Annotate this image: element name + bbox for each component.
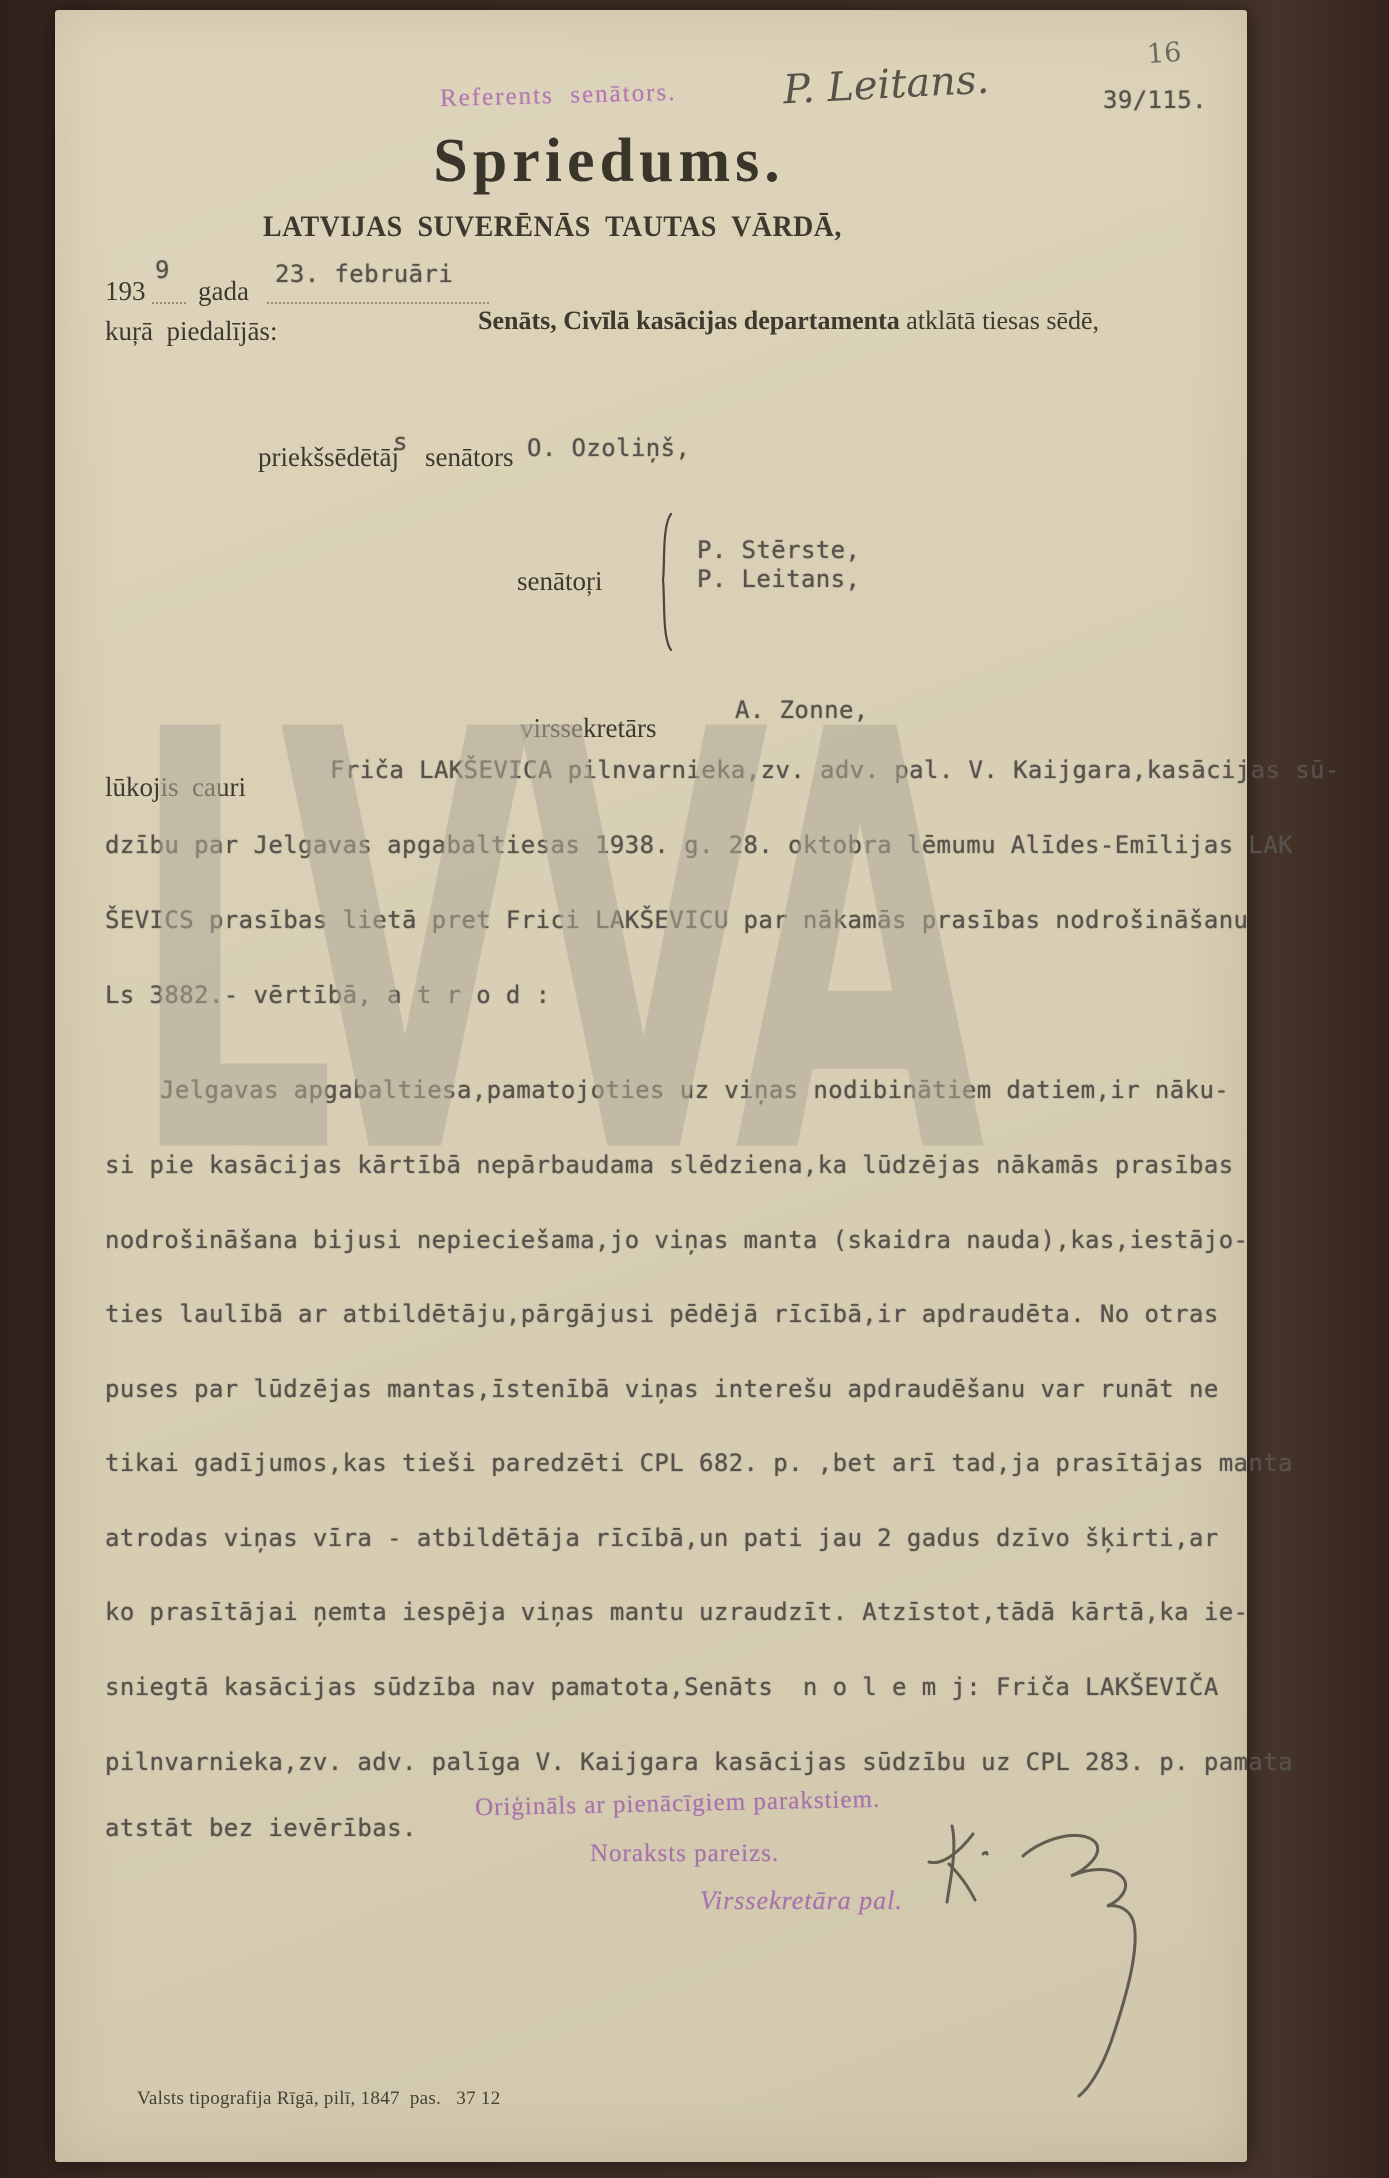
senator-name-2: P. Leitans, [697,565,860,593]
date-typed: 23. februāri [275,260,453,288]
year-typed: 9 [155,256,170,284]
participants-label: kuŗā piedalījās: [105,316,277,347]
printer-imprint: Valsts tipografija Rīgā, pilī, 1847 pas.… [137,2088,501,2110]
typed-line: ties laulībā ar atbildētāju,pārgājusi pē… [105,1300,1219,1328]
typed-line: nodrošināšana bijusi nepieciešama,jo viņ… [105,1226,1248,1254]
typed-line: si pie kasācijas kārtībā nepārbaudama sl… [105,1151,1234,1179]
secretary-signature [913,1810,1213,2110]
chairman-name: O. Ozoliņš, [527,434,690,462]
chairman-suffix-typed: s [393,428,408,456]
secretary-assistant-stamp: Virssekretāra pal. [700,1886,903,1916]
secretary-name: A. Zonne, [735,696,869,724]
court-session: atklātā tiesas sēdē, [900,306,1099,335]
secretary-label: virssekretārs [520,713,656,744]
typed-line: Ls 3882.- vērtībā, a t r o d : [105,981,550,1009]
year-blank [152,302,186,304]
senator-label: senātors [425,442,513,473]
court-line: Senāts, Civīlā kasācijas departamenta at… [439,276,1099,366]
typed-line: tikai gadījumos,kas tieši paredzēti CPL … [105,1449,1293,1477]
gada-label: gada [198,276,249,307]
typed-line: Jelgavas apgabaltiesa,pamatojoties uz vi… [160,1076,1229,1104]
typed-line: sniegtā kasācijas sūdzība nav pamatota,S… [105,1673,1219,1701]
court-name: Senāts, Civīlā kasācijas departamenta [478,306,900,335]
typed-line: Friča LAKŠEVICA pilnvarnieka,zv. adv. pa… [330,756,1340,784]
document-title: Spriedums. [13,126,1205,197]
typed-line: pilnvarnieka,zv. adv. palīga V. Kaijgara… [105,1748,1293,1776]
typed-line: dzību par Jelgavas apgabaltiesas 1938. g… [105,831,1293,859]
typed-line: atstāt bez ievērības. [105,1814,417,1842]
senator-name-1: P. Stērste, [697,536,860,564]
referent-signature: P. Leitans. [782,57,990,114]
chairman-label: priekšsēdētāj [258,442,399,473]
reviewed-label: lūkojis cauri [105,772,246,803]
year-prefix: 193 [105,276,146,307]
typed-line: puses par lūdzējas mantas,īstenībā viņas… [105,1375,1219,1403]
referent-stamp: Referents senātors. [440,79,677,113]
original-signatures-stamp: Oriģināls ar pienācīgiem parakstiem. [475,1786,881,1822]
file-number: 39/115. [1103,86,1207,114]
typed-line: ŠEVICS prasības lietā pret Frici LAKŠEVI… [105,906,1248,934]
scanned-document: 16 Referents senātors. P. Leitans. 39/11… [0,0,1389,2178]
typed-line: atrodas viņas vīra - atbildētāja rīcībā,… [105,1524,1219,1552]
brace-mark [655,512,677,652]
document-subtitle: LATVIJAS SUVERĒNĀS TAUTAS VĀRDĀ, [263,210,842,244]
archive-watermark: LVVA [130,658,973,1236]
senators-label: senātoŗi [517,566,602,597]
true-copy-stamp: Noraksts pareizs. [590,1840,779,1868]
paper-sheet: 16 Referents senātors. P. Leitans. 39/11… [55,10,1247,2162]
page-corner-number: 16 [1146,37,1182,70]
typed-line: ko prasītājai ņemta iespēja viņas mantu … [105,1598,1248,1626]
